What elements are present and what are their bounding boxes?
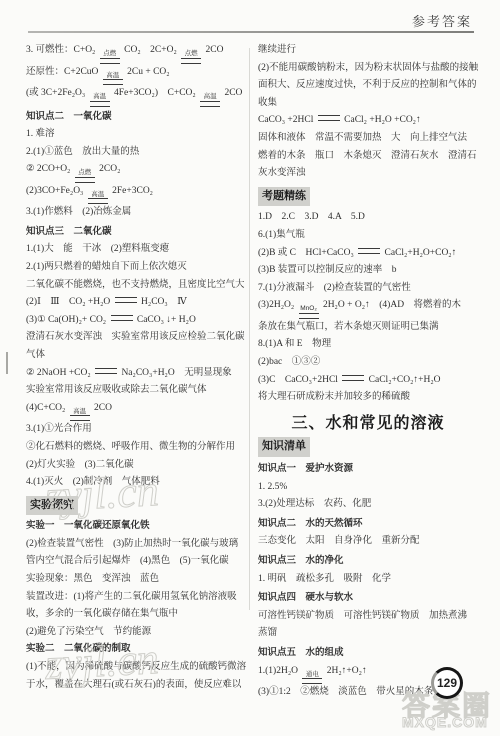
answer-line: (3)2H₂O₂ MnO₂ 2H₂O + O₂↑ (4)AD 将燃着的木: [258, 297, 478, 319]
answer-line: 8.(1)A 和 E 物理: [258, 336, 478, 354]
answer-line: 实验现象：黑色 变浑浊 蓝色: [26, 571, 248, 589]
answer-line: 于水，覆盖在大理石(或石灰石)的表面，使反应难以: [26, 677, 248, 695]
answer-line: 管内空气混合后引起爆炸 (4)黑色 (5)一氧化碳: [26, 553, 248, 571]
answer-line: 三态变化 太阳 自身净化 重新分配: [258, 533, 478, 551]
scan-edge-mark: [6, 352, 8, 374]
answer-line: 收集: [258, 95, 478, 113]
double-equals-sign: [95, 368, 117, 374]
reaction-condition-arrow: 通电: [302, 671, 322, 685]
answer-line: 2.(1)两只燃着的蜡烛自下而上依次熄灭: [26, 259, 248, 277]
chapter-title: 三、水和常见的溶液: [258, 415, 478, 433]
knowledge-point-heading: 知识点一 爱护水资源: [258, 460, 478, 478]
answer-line: 面积大、反应速度过快，不利于反应的控制和气体的: [258, 77, 478, 95]
answer-line: (2)B 或 C HCl+CaCO₃ CaCl₂+H₂O+CO₂↑: [258, 245, 478, 263]
knowledge-point-heading: 知识点五 水的组成: [258, 644, 478, 662]
answer-line: (2)不能用碳酸钠粉末，因为粉末状固体与盐酸的接触: [258, 60, 478, 78]
answer-line: 3.(2)处理达标 农药、化肥: [258, 496, 478, 514]
header-rule: [28, 31, 474, 33]
answer-line: (2)bac ①③②: [258, 354, 478, 372]
double-equals-sign: [115, 297, 137, 303]
answers-column-left: 3. 可燃性：C+O₂ 点燃 CO₂ 2C+O₂ 点燃 2CO还原性：C+2Cu…: [26, 42, 248, 694]
answer-line: ② 2CO+O₂ 点燃 2CO₂: [26, 161, 248, 183]
page-number-badge: 129: [431, 667, 463, 699]
section-box-heading: 考题精练: [258, 187, 310, 207]
answer-line: 灰水变浑浊: [258, 165, 478, 183]
reaction-condition-arrow: 高温: [200, 93, 220, 107]
reaction-condition-arrow: 高温: [103, 72, 123, 86]
answer-line: (2)3CO+Fe₂O₃ 高温 2Fe+3CO₂: [26, 183, 248, 205]
answer-line: ② 2NaOH +CO₂ Na₂CO₃+H₂O 无明显现象: [26, 365, 248, 383]
answer-line: 1.D 2.C 3.D 4.A 5.D: [258, 209, 478, 227]
answers-column-right: 继续进行(2)不能用碳酸钠粉末，因为粉末状固体与盐酸的接触面积大、反应速度过快，…: [258, 42, 478, 702]
reaction-condition-arrow: 高温: [90, 93, 110, 107]
answer-line: (3)C CaCO₃+2HCl CaCl₂+CO₂↑+H₂O: [258, 372, 478, 390]
knowledge-point-heading: 知识点三 二氧化碳: [26, 223, 248, 241]
answer-line: (或 3C+2Fe₂O₃ 高温 4Fe+3CO₂) C+CO₂ 高温 2CO: [26, 85, 248, 107]
answer-line: (3)① Ca(OH)₂+ CO₂ CaCO₃ ↓+ H₂O: [26, 312, 248, 330]
page-header-title: 参考答案: [412, 11, 472, 30]
answer-line: 实验室常用该反应吸收或除去二氧化碳气体: [26, 382, 248, 400]
answer-line: 澄清石灰水变浑浊 实验室常用该反应检验二氧化碳: [26, 329, 248, 347]
answer-line: 收，多余的一氧化碳存储在集气瓶中: [26, 606, 248, 624]
answer-line: CaCO₃ +2HCl CaCl₂ +H₂O +CO₂↑: [258, 112, 478, 130]
section-box-heading: 知识清单: [258, 437, 310, 457]
answer-line: (1)不能，因为稀硫酸与碳酸钙反应生成的硫酸钙微溶: [26, 659, 248, 677]
answer-line: 3.(1)作燃料 (2)冶炼金属: [26, 204, 248, 222]
answer-line: 1. 难溶: [26, 126, 248, 144]
reaction-condition-arrow: 点燃: [75, 169, 95, 183]
reaction-condition-arrow: 点燃: [100, 50, 120, 64]
double-equals-sign: [358, 248, 380, 254]
answer-line: 1. 2.5%: [258, 479, 478, 497]
answer-line: (3)B 装置可以控制反应的速率 b: [258, 262, 478, 280]
watermark-site: MXQE.COM: [402, 714, 488, 730]
answer-line: 1.(1)大 能 干冰 (2)塑料瓶变瘪: [26, 241, 248, 259]
answer-line: 继续进行: [258, 42, 478, 60]
answer-line: 装置改进：(1)将产生的二氧化碳用氢氧化钠溶液吸: [26, 589, 248, 607]
reaction-condition-arrow: 高温: [88, 191, 108, 205]
column-divider: [249, 48, 250, 610]
page-number: 129: [437, 676, 457, 690]
answer-line: 将大理石研成粉末并加较多的稀硫酸: [258, 389, 478, 407]
section-box-heading: 实验探究: [26, 496, 78, 516]
knowledge-point-heading: 知识点二 一氧化碳: [26, 108, 248, 126]
answer-line: 燃着的木条 瓶口 木条熄灭 澄清石灰水 澄清石: [258, 148, 478, 166]
answer-line: (4)C+CO₂ 高温 2CO: [26, 400, 248, 422]
answer-line: ②化石燃料的燃烧、呼吸作用、微生物的分解作用: [26, 439, 248, 457]
experiment-heading: 实验一 一氧化碳还原氧化铁: [26, 518, 248, 536]
answer-line: 蒸馏: [258, 625, 478, 643]
reaction-condition-arrow: MnO₂: [299, 305, 319, 319]
reaction-condition-arrow: 点燃: [181, 50, 201, 64]
answer-line: 固体和液体 常温不需要加热 大 向上排空气法: [258, 130, 478, 148]
experiment-heading: 实验二 二氧化碳的制取: [26, 641, 248, 659]
answer-line: (2)Ⅰ Ⅲ CO₂ +H₂O H₂CO₃ Ⅳ: [26, 294, 248, 312]
knowledge-point-heading: 知识点二 水的天然循环: [258, 515, 478, 533]
answer-line: 4.(1)灭火 (2)制冷剂 气体肥料: [26, 474, 248, 492]
answer-line: (2)检查装置气密性 (3)防止加热时一氧化碳与玻璃: [26, 536, 248, 554]
answer-line: 可溶性钙镁矿物质 可溶性钙镁矿物质 加热煮沸: [258, 608, 478, 626]
answer-line: 1. 明矾 疏松多孔 吸附 化学: [258, 571, 478, 589]
answer-line: 还原性：C+2CuO 高温 2Cu + CO₂: [26, 64, 248, 86]
answer-line: 条放在集气瓶口，若木条熄灭则证明已集满: [258, 319, 478, 337]
answer-line: 二氧化碳不能燃烧，也不支持燃烧，且密度比空气大: [26, 277, 248, 295]
double-equals-sign: [111, 315, 133, 321]
answer-line: (2)灯火实验 (3)二氧化碳: [26, 457, 248, 475]
answer-line: 3. 可燃性：C+O₂ 点燃 CO₂ 2C+O₂ 点燃 2CO: [26, 42, 248, 64]
knowledge-point-heading: 知识点四 硬水与软水: [258, 589, 478, 607]
answer-line: 3.(1)①光合作用: [26, 421, 248, 439]
answer-book-page: 参考答案 3. 可燃性：C+O₂ 点燃 CO₂ 2C+O₂ 点燃 2CO还原性：…: [0, 0, 500, 736]
knowledge-point-heading: 知识点三 水的净化: [258, 552, 478, 570]
answer-line: 7.(1)分液漏斗 (2)检查装置的气密性: [258, 280, 478, 298]
answer-line: 2.(1)①蓝色 放出大量的热: [26, 144, 248, 162]
double-equals-sign: [318, 115, 340, 121]
double-equals-sign: [342, 375, 364, 381]
answer-line: (2)避免了污染空气 节约能源: [26, 624, 248, 642]
answer-line: 6.(1)集气瓶: [258, 227, 478, 245]
reaction-condition-arrow: 高温: [70, 408, 90, 422]
answer-line: 气体: [26, 347, 248, 365]
